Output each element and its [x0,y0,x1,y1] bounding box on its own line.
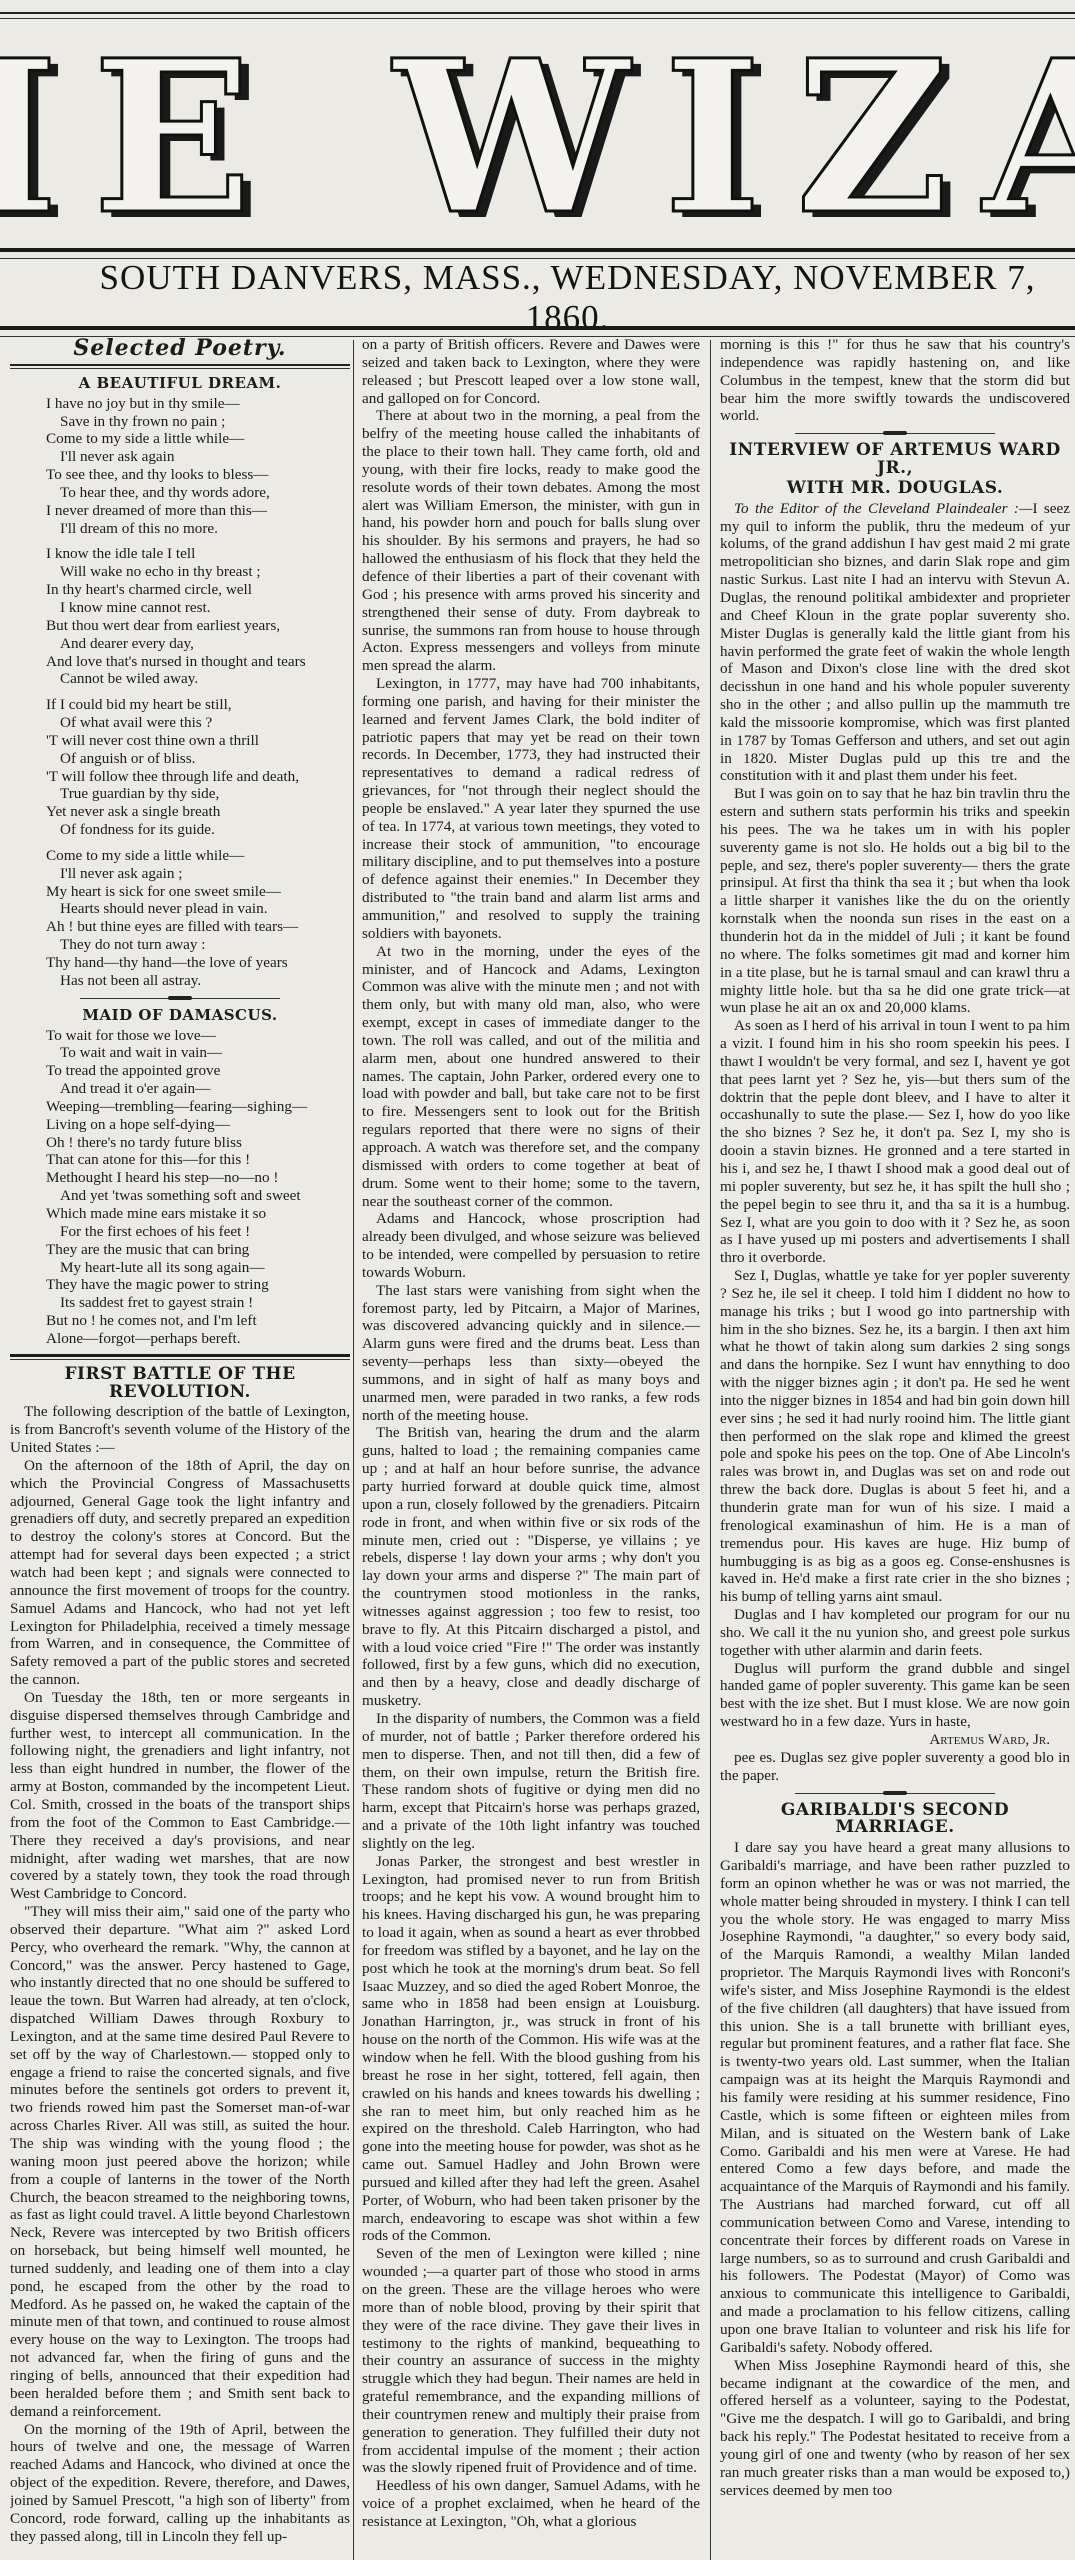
paragraph: Jonas Parker, the strongest and best wre… [362,1853,700,2246]
poem-line: True guardian by thy side, [46,785,350,803]
article-title-line: WITH MR. DOUGLAS. [720,480,1070,498]
paragraph: But I was goin on to say that he haz bin… [720,785,1070,1017]
paragraph: Heedless of his own danger, Samuel Adams… [362,2477,700,2531]
poem-line: To hear thee, and thy words adore, [46,484,350,502]
paragraph: The following description of the battle … [10,1403,350,1457]
poem-line: I have no joy but in thy smile— [46,395,350,413]
poem-line: They are the music that can bring [46,1241,350,1259]
poem-line: And tread it o'er again— [46,1080,350,1098]
poem-line: My heart is sick for one sweet smile— [46,883,350,901]
poem-line: They have the magic power to string [46,1276,350,1294]
paragraph: Duglas and I hav kompleted our program f… [720,1606,1070,1660]
salutation: To the Editor of the Cleveland Plaindeal… [734,500,1032,517]
poem-stanza: I know the idle tale I tellWill wake no … [46,545,350,688]
poem-line: Thy hand—thy hand—the love of years [46,954,350,972]
poem-title: A BEAUTIFUL DREAM. [10,375,350,393]
poem-line: I know the idle tale I tell [46,545,350,563]
poem-stanza: I have no joy but in thy smile—Save in t… [46,395,350,538]
poem-line: Alone—forgot—perhaps bereft. [46,1330,350,1348]
paragraph: To the Editor of the Cleveland Plaindeal… [720,500,1070,786]
paragraph: Lexington, in 1777, may have had 700 inh… [362,675,700,943]
paragraph: The last stars were vanishing from sight… [362,1282,700,1425]
poem-line: For the first echoes of his feet ! [46,1223,350,1241]
column-divider [353,340,354,2560]
poem-line: To wait and wait in vain— [46,1044,350,1062]
paragraph-text: I seez my quil to inform the publik, thr… [720,500,1070,785]
poem-line: Weeping—trembling—fearing—sighing— [46,1098,350,1116]
paragraph: On Tuesday the 18th, ten or more sergean… [10,1689,350,1903]
paragraph: "They will miss their aim," said one of … [10,1903,350,2420]
poem-line: Ah ! but thine eyes are filled with tear… [46,918,350,936]
paragraph: When Miss Josephine Raymondi heard of th… [720,2357,1070,2500]
article-title: GARIBALDI'S SECOND MARRIAGE. [720,1802,1070,1838]
paragraph: On the morning of the 19th of April, bet… [10,2421,350,2546]
poem-beautiful-dream: I have no joy but in thy smile—Save in t… [10,395,350,990]
poem-line: Come to my side a little while— [46,847,350,865]
poem-line: Of what avail were this ? [46,714,350,732]
article-rule [10,1354,350,1360]
poem-line: Oh ! there's no tardy future bliss [46,1134,350,1152]
paragraph: On the afternoon of the 18th of April, t… [10,1457,350,1689]
poem-line: To see thee, and thy looks to bless— [46,466,350,484]
poem-line: Living on a hope self-dying— [46,1116,350,1134]
section-rule [10,364,350,369]
poem-line: Yet never ask a single breath [46,803,350,821]
signature: Artemus Ward, Jr. [720,1731,1070,1749]
poem-line: And love that's nursed in thought and te… [46,653,350,671]
article-title: FIRST BATTLE OF THE REVOLUTION. [10,1366,350,1402]
masthead-title: HE WIZAR [0,48,1075,228]
poem-line: 'T will follow thee through life and dea… [46,768,350,786]
column-1: Selected Poetry. A BEAUTIFUL DREAM. I ha… [10,336,350,2560]
paragraph: At two in the morning, under the eyes of… [362,943,700,1211]
column-2: on a party of British officers. Revere a… [362,336,700,2560]
ornament-divider [795,433,995,436]
poem-line: Which made mine ears mistake it so [46,1205,350,1223]
poem-stanza: If I could bid my heart be still,Of what… [46,696,350,839]
dateline: SOUTH DANVERS, MASS., WEDNESDAY, NOVEMBE… [0,258,1075,302]
postscript: pee es. Duglas sez give popler suverenty… [720,1749,1070,1785]
poem-line: Will wake no echo in thy breast ; [46,563,350,581]
paragraph: Adams and Hancock, whose proscription ha… [362,1210,700,1281]
poem-line: Come to my side a little while— [46,430,350,448]
poem-line: Has not been all astray. [46,972,350,990]
paragraph: Seven of the men of Lexington were kille… [362,2245,700,2477]
newspaper-page: HE WIZAR SOUTH DANVERS, MASS., WEDNESDAY… [0,0,1075,2560]
poem-line: That can atone for this—for this ! [46,1151,350,1169]
poem-line: Of anguish or of bliss. [46,750,350,768]
ornament-divider [795,1793,995,1796]
poem-line: But thou wert dear from earliest years, [46,617,350,635]
poem-stanza: Come to my side a little while—I'll neve… [46,847,350,990]
paragraph: The British van, hearing the drum and th… [362,1424,700,1710]
poem-line: Methought I heard his step—no—no ! [46,1169,350,1187]
poem-line: And yet 'twas something soft and sweet [46,1187,350,1205]
column-3: morning is this !" for thus he saw that … [720,336,1070,2560]
poem-line: Cannot be wiled away. [46,670,350,688]
poem-line: Hearts should never plead in vain. [46,900,350,918]
poem-line: 'T will never cost thine own a thrill [46,732,350,750]
poem-line: I'll never ask again [46,448,350,466]
poem-title: MAID OF DAMASCUS. [10,1007,350,1025]
poem-line: Of fondness for its guide. [46,821,350,839]
paragraph: Duglus will purform the grand dubble and… [720,1660,1070,1731]
paragraph: I dare say you have heard a great many a… [720,1839,1070,2356]
poem-line: Its saddest fret to gayest strain ! [46,1294,350,1312]
paragraph: In the disparity of numbers, the Common … [362,1710,700,1853]
paragraph: There at about two in the morning, a pea… [362,407,700,675]
article-continuation: morning is this !" for thus he saw that … [720,336,1070,425]
article-body: The following description of the battle … [10,1403,350,2545]
article-title-line: INTERVIEW OF ARTEMUS WARD JR., [720,442,1070,478]
poem-line: If I could bid my heart be still, [46,696,350,714]
section-heading: Selected Poetry. [10,336,350,364]
poem-line: To wait for those we love— [46,1027,350,1045]
poem-line: But no ! he comes not, and I'm left [46,1312,350,1330]
poem-line: My heart-lute all its song again— [46,1259,350,1277]
paragraph: on a party of British officers. Revere a… [362,336,700,407]
poem-line: And dearer every day, [46,635,350,653]
poem-maid-of-damascus: To wait for those we love—To wait and wa… [10,1027,350,1348]
poem-line: I'll never ask again ; [46,865,350,883]
article-body: To the Editor of the Cleveland Plaindeal… [720,500,1070,1731]
poem-line: In thy heart's charmed circle, well [46,581,350,599]
poem-line: Save in thy frown no pain ; [46,413,350,431]
poem-line: I'll dream of this no more. [46,520,350,538]
paragraph: Sez I, Duglas, whattle ye take for yer p… [720,1267,1070,1606]
column-divider [710,340,711,2560]
ornament-divider [80,998,280,1001]
poem-line: I never dreamed of more than this— [46,502,350,520]
paragraph: As soen as I herd of his arrival in toun… [720,1017,1070,1267]
poem-line: I know mine cannot rest. [46,599,350,617]
poem-line: To tread the appointed grove [46,1062,350,1080]
poem-line: They do not turn away : [46,936,350,954]
article-body: I dare say you have heard a great many a… [720,1839,1070,2499]
